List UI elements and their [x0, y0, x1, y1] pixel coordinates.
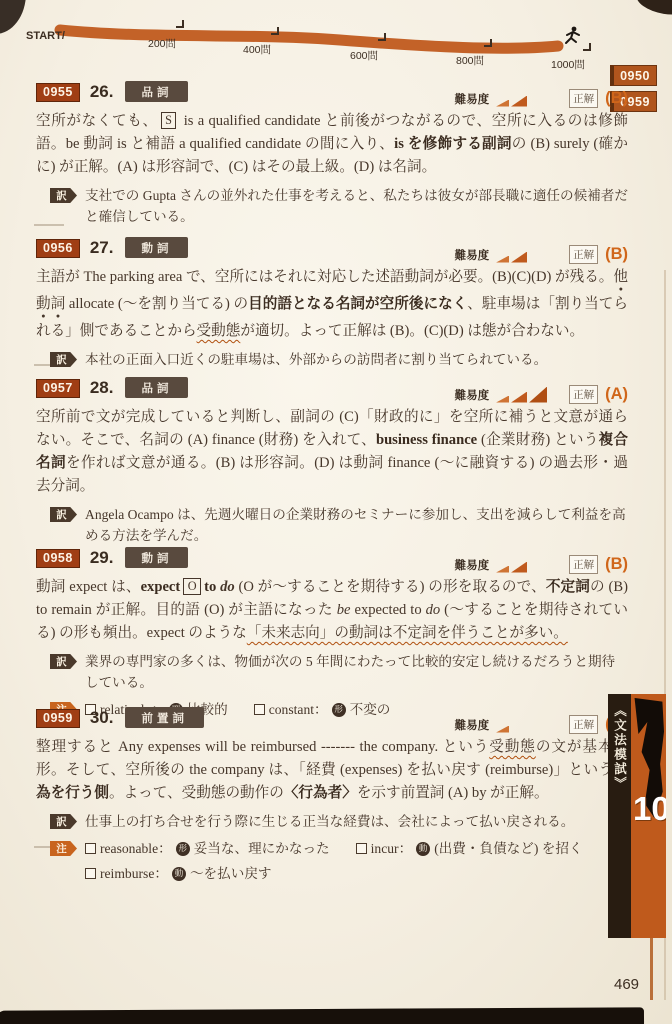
- note-row: 注 reasonable：形妥当な、理にかなったincur：動(出費・負債など)…: [36, 838, 628, 884]
- difficulty-indicator: [496, 247, 548, 263]
- chapter-series-strip: 《文法模試》: [608, 694, 631, 938]
- checkbox-icon: [85, 843, 96, 854]
- question-block: 0958 29. 動詞 難易度 正解 (B) 動詞 expect は、expec…: [36, 544, 628, 720]
- tick-mark: [271, 27, 279, 35]
- tick-mark: [378, 33, 386, 41]
- answer-letter: (B): [605, 245, 628, 264]
- milestone-label: 1000問: [551, 57, 585, 72]
- question-id-badge: 0958: [36, 549, 80, 568]
- question-block: 0956 27. 動詞 難易度 正解 (B) 主語が The parking a…: [36, 234, 628, 370]
- chapter-number: 10: [633, 790, 666, 828]
- part-of-speech-badge: 動: [416, 842, 430, 856]
- category-tag: 品詞: [125, 377, 188, 398]
- question-number: 28.: [90, 378, 114, 398]
- translation-row: 訳 本社の正面入口近くの駐車場は、外部からの訪問者に割り当てられている。: [36, 349, 628, 370]
- question-id-badge: 0956: [36, 239, 80, 258]
- translation-text: 支社での Gupta さんの並外れた仕事を考えると、私たちは彼女が部長職に適任の…: [85, 185, 628, 227]
- translation-badge: 訳: [50, 352, 77, 367]
- translation-text: 仕事上の打ち合せを行う際に生じる正当な経費は、会社によって払い戻される。: [85, 811, 628, 832]
- book-page: START/ 200問 400問 600問 800問 1000問 0950 09…: [0, 0, 672, 1024]
- question-block: 0959 30. 前置詞 難易度 正解 (A) 整理すると Any expens…: [36, 704, 628, 884]
- answer-letter: (A): [605, 385, 628, 404]
- translation-badge: 訳: [50, 507, 77, 522]
- milestone-label: 600問: [350, 48, 378, 63]
- translation-text: 業界の専門家の多くは、物価が次の 5 年間にわたって比較的安定し続けるだろうと期…: [85, 651, 628, 693]
- checkbox-icon: [85, 868, 96, 879]
- category-tag: 動詞: [125, 547, 188, 568]
- note-item: reimburse：動〜を払い戻す: [85, 863, 272, 884]
- question-block: 0955 26. 品詞 難易度 正解 (B) 空所がなくても、S is a qu…: [36, 78, 628, 227]
- progress-tracker: START/ 200問 400問 600問 800問 1000問: [0, 0, 672, 72]
- question-header: 0958 29. 動詞 難易度 正解 (B): [36, 544, 628, 568]
- translation-row: 訳 業界の専門家の多くは、物価が次の 5 年間にわたって比較的安定し続けるだろう…: [36, 651, 628, 693]
- note-item: reasonable：形妥当な、理にかなった: [85, 838, 330, 859]
- explanation-text: 動詞 expect は、expectOto do (O が〜することを期待する)…: [36, 576, 628, 645]
- answer-label: 正解: [569, 245, 598, 264]
- category-tag: 品詞: [125, 81, 188, 102]
- answer-label: 正解: [569, 715, 598, 734]
- question-number: 29.: [90, 548, 114, 568]
- question-number: 26.: [90, 82, 114, 102]
- progress-start-label: START/: [26, 30, 65, 42]
- translation-row: 訳 Angela Ocampo は、先週火曜日の企業財務のセミナーに参加し、支出…: [36, 504, 628, 546]
- tick-mark: [176, 20, 184, 28]
- question-header: 0956 27. 動詞 難易度 正解 (B): [36, 234, 628, 258]
- difficulty-indicator: [496, 717, 548, 733]
- question-header: 0957 28. 品詞 難易度 正解 (A): [36, 374, 628, 398]
- answer-label: 正解: [569, 89, 598, 108]
- chapter-side-tab: 《文法模試》 10: [608, 694, 666, 938]
- page-number: 469: [614, 976, 639, 993]
- question-id-badge: 0955: [36, 83, 80, 102]
- question-block: 0957 28. 品詞 難易度 正解 (A) 空所前で文が完成していると判断し、…: [36, 374, 628, 546]
- chapter-series-label: 《文法模試》: [611, 704, 629, 938]
- answer-label: 正解: [569, 555, 598, 574]
- answer-letter: (B): [605, 89, 628, 108]
- book-edge-shadow: [0, 1007, 644, 1024]
- explanation-text: 空所がなくても、S is a qualified candidate と前後がつ…: [36, 110, 628, 179]
- tick-mark: [583, 43, 591, 51]
- tick-mark: [484, 39, 492, 47]
- question-number: 27.: [90, 238, 114, 258]
- question-header: 0959 30. 前置詞 難易度 正解 (A): [36, 704, 628, 728]
- difficulty-label: 難易度: [455, 387, 490, 403]
- part-of-speech-badge: 形: [176, 842, 190, 856]
- runner-icon: [566, 27, 579, 43]
- translation-row: 訳 仕事上の打ち合せを行う際に生じる正当な経費は、会社によって払い戻される。: [36, 811, 628, 832]
- difficulty-label: 難易度: [455, 717, 490, 733]
- answer-label: 正解: [569, 385, 598, 404]
- answer-letter: (B): [605, 555, 628, 574]
- checkbox-icon: [356, 843, 367, 854]
- part-of-speech-badge: 動: [172, 867, 186, 881]
- milestone-label: 400問: [243, 42, 271, 57]
- difficulty-indicator: [496, 91, 548, 107]
- translation-badge: 訳: [50, 654, 77, 669]
- explanation-text: 主語が The parking area で、空所にはそれに対応した述語動詞が必…: [36, 266, 628, 343]
- difficulty-label: 難易度: [455, 557, 490, 573]
- question-number: 30.: [90, 708, 114, 728]
- category-tag: 前置詞: [125, 707, 204, 728]
- translation-row: 訳 支社での Gupta さんの並外れた仕事を考えると、私たちは彼女が部長職に適…: [36, 185, 628, 227]
- note-item: incur：動(出費・負債など) を招く: [356, 838, 583, 859]
- translation-text: Angela Ocampo は、先週火曜日の企業財務のセミナーに参加し、支出を減…: [85, 504, 628, 546]
- question-id-badge: 0959: [36, 709, 80, 728]
- question-header: 0955 26. 品詞 難易度 正解 (B): [36, 78, 628, 102]
- vocabulary-notes: reasonable：形妥当な、理にかなったincur：動(出費・負債など) を…: [85, 838, 628, 884]
- translation-badge: 訳: [50, 188, 77, 203]
- explanation-text: 整理すると Any expenses will be reimbursed --…: [36, 736, 628, 805]
- note-badge: 注: [50, 841, 77, 856]
- milestone-label: 200問: [148, 36, 176, 51]
- milestone-label: 800問: [456, 53, 484, 68]
- translation-badge: 訳: [50, 814, 77, 829]
- tab-tail-line: [650, 938, 653, 1000]
- chapter-number-strip: 10: [631, 694, 666, 938]
- difficulty-label: 難易度: [455, 91, 490, 107]
- difficulty-label: 難易度: [455, 247, 490, 263]
- question-id-badge: 0957: [36, 379, 80, 398]
- translation-text: 本社の正面入口近くの駐車場は、外部からの訪問者に割り当てられている。: [85, 349, 628, 370]
- difficulty-indicator: [496, 557, 548, 573]
- category-tag: 動詞: [125, 237, 188, 258]
- difficulty-indicator: [496, 387, 548, 403]
- explanation-text: 空所前で文が完成していると判断し、副詞の (C)「財政的に」を空所に補うと文意が…: [36, 406, 628, 498]
